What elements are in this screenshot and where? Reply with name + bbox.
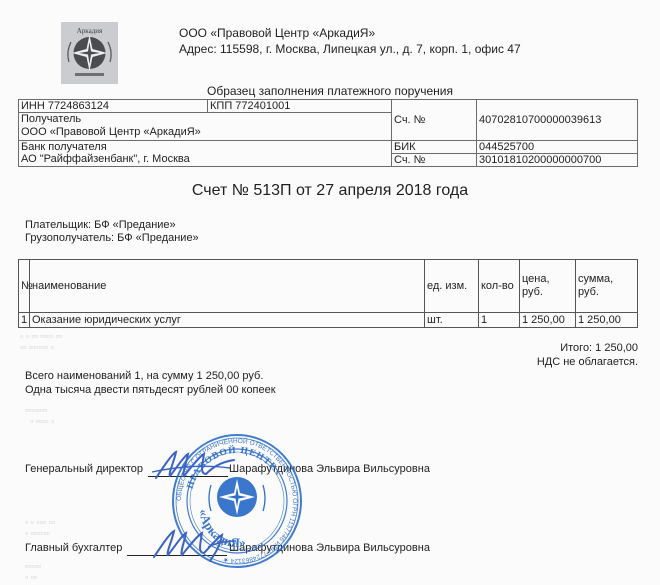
row-qty: 1	[479, 313, 520, 328]
items-table: № наименование ед. изм. кол-во цена, руб…	[18, 259, 638, 328]
corr-account-label: Сч. №	[392, 154, 477, 167]
bank-cell: Банк получателя АО "Райффайзенбанк", г. …	[19, 141, 392, 167]
recipient-name: ООО «Правовой Центр «АркадиЯ»	[21, 126, 389, 139]
payer-info: Плательщик: БФ «Предание» Грузополучател…	[25, 219, 199, 245]
company-name: ООО «Правовой Центр «АркадиЯ»	[179, 25, 521, 41]
items-header-row: № наименование ед. изм. кол-во цена, руб…	[19, 260, 638, 313]
kpp-cell: КПП 772401001	[208, 100, 392, 113]
totals: Итого: 1 250,00 НДС не облагается.	[537, 341, 638, 369]
col-number: №	[19, 260, 30, 313]
amount-in-words: Одна тысяча двести пятьдесят рублей 00 к…	[25, 383, 276, 397]
compass-star-logo-icon: Аркадия	[61, 22, 118, 84]
bank-name: АО "Райффайзенбанк", г. Москва	[21, 153, 389, 165]
bank-label: Банк получателя	[21, 141, 389, 153]
row-name: Оказание юридических услуг	[30, 313, 425, 328]
account-number: 40702810700000039613	[477, 100, 638, 141]
col-name: наименование	[30, 260, 425, 313]
bik-label: БИК	[392, 141, 477, 154]
consignee: Грузополучатель: БФ «Предание»	[25, 232, 199, 245]
summary-count: Всего наименований 1, на сумму 1 250,00 …	[25, 369, 276, 383]
row-unit: шт.	[425, 313, 479, 328]
account-label: Сч. №	[392, 100, 477, 141]
col-sum: сумма, руб.	[576, 260, 638, 313]
recipient-label: Получатель	[21, 113, 389, 126]
row-sum: 1 250,00	[576, 313, 638, 328]
col-price: цена, руб.	[520, 260, 576, 313]
director-label: Генеральный директор	[25, 463, 143, 475]
vat-note: НДС не облагается.	[537, 355, 638, 369]
scan-artifact: ▫▫▫▫▫▫▫ ▫ ▫▫▫▫ ▫	[25, 405, 54, 427]
payer: Плательщик: БФ «Предание»	[25, 219, 199, 232]
company-logo: Аркадия	[61, 22, 118, 84]
row-number: 1	[19, 313, 30, 328]
payment-sample-title: Образец заполнения платежного поручения	[0, 84, 660, 98]
corr-account-value: 30101810200000000700	[477, 154, 638, 167]
scan-artifact: ▫ ▫ ▫▫ ▫▫▫▫ ▫▫▫▫ ▫▫▫▫▫▫ ▫	[20, 331, 62, 353]
accountant-label: Главный бухгалтер	[25, 542, 122, 554]
row-price: 1 250,00	[520, 313, 576, 328]
total-amount: Итого: 1 250,00	[537, 341, 638, 355]
inn-cell: ИНН 7724863124	[19, 100, 208, 113]
invoice-title: Счет № 513П от 27 апреля 2018 года	[0, 182, 660, 200]
col-unit: ед. изм.	[425, 260, 479, 313]
recipient-cell: Получатель ООО «Правовой Центр «АркадиЯ»	[19, 113, 392, 141]
company-stamp: ОБЩЕСТВО С ОГРАНИЧЕННОЙ ОТВЕТСТВЕННОСТЬЮ…	[171, 433, 303, 569]
company-info: ООО «Правовой Центр «АркадиЯ» Адрес: 115…	[179, 25, 521, 57]
svg-text:Аркадия: Аркадия	[77, 27, 103, 35]
col-qty: кол-во	[479, 260, 520, 313]
bik-value: 044525700	[477, 141, 638, 154]
table-row: 1 Оказание юридических услуг шт. 1 1 250…	[19, 313, 638, 328]
company-address: Адрес: 115598, г. Москва, Липецкая ул., …	[179, 41, 521, 57]
seal-stamp-icon: ОБЩЕСТВО С ОГРАНИЧЕННОЙ ОТВЕТСТВЕННОСТЬЮ…	[171, 433, 303, 569]
payment-details-table: ИНН 7724863124 КПП 772401001 Сч. № 40702…	[18, 99, 638, 167]
summary: Всего наименований 1, на сумму 1 250,00 …	[25, 369, 276, 397]
